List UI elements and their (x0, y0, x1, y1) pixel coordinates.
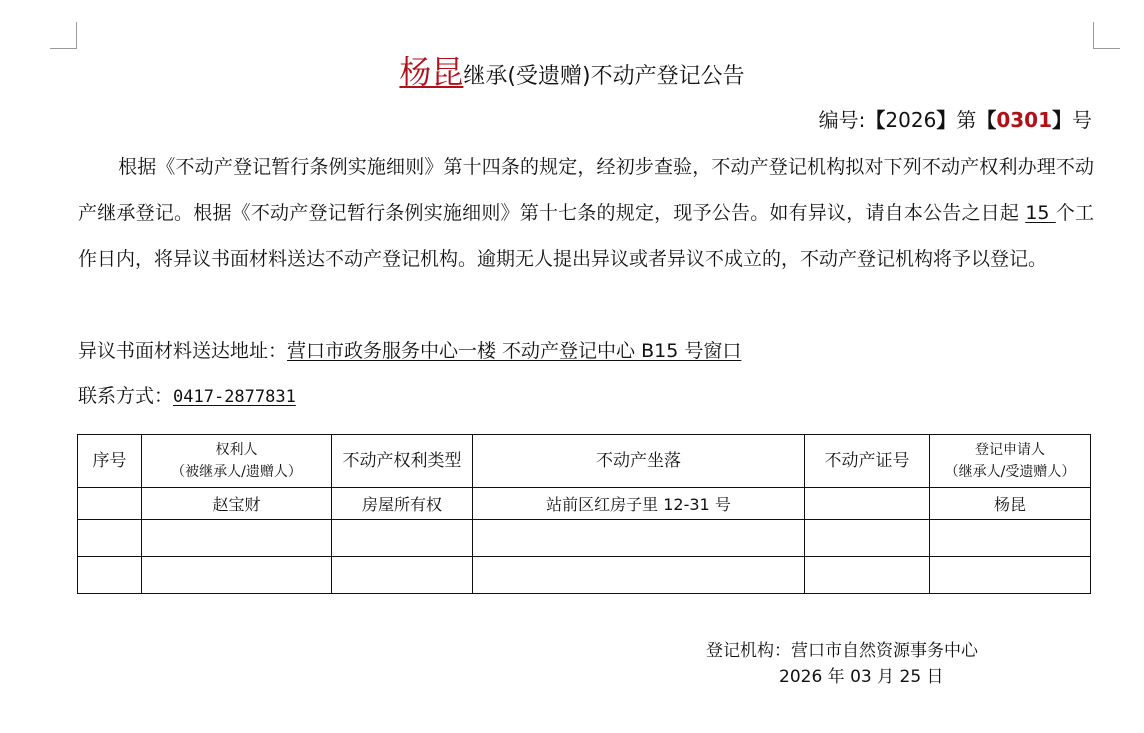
cell-certificate-no (805, 520, 930, 557)
contact-label: 联系方式： (78, 385, 173, 407)
cell-applicant: 杨昆 (930, 488, 1091, 520)
registration-authority: 登记机构：营口市自然资源事务中心 (706, 638, 978, 664)
cell-right-type (332, 557, 473, 594)
cell-certificate-no (805, 488, 930, 520)
table-header-row: 序号 权利人（被继承人/遗赠人） 不动产权利类型 不动产坐落 不动产证号 登记申… (78, 435, 1091, 488)
doc-year: 2026 (885, 108, 936, 132)
header-label: 权利人 (142, 439, 331, 461)
cell-right-holder: 赵宝财 (142, 488, 332, 520)
doc-number-label: 编号: (819, 108, 866, 132)
header-right-holder: 权利人（被继承人/遗赠人） (142, 435, 332, 488)
table-row: 赵宝财 房屋所有权 站前区红房子里 12-31 号 杨昆 (78, 488, 1091, 520)
doc-serial-number: 0301 (996, 108, 1052, 132)
registration-table: 序号 权利人（被继承人/遗赠人） 不动产权利类型 不动产坐落 不动产证号 登记申… (77, 434, 1091, 594)
doc-number-mid: 第 (956, 108, 976, 132)
address-line: 异议书面材料送达地址：营口市政务服务中心一楼 不动产登记中心 B15 号窗口 (78, 336, 741, 366)
cell-location (473, 557, 805, 594)
notice-body-part1: 根据《不动产登记暂行条例实施细则》第十四条的规定，经初步查验，不动产登记机构拟对… (78, 156, 1094, 224)
cell-right-holder (142, 557, 332, 594)
header-label: 不动产证号 (825, 451, 910, 471)
table-row (78, 520, 1091, 557)
table-row (78, 557, 1091, 594)
address-value: 营口市政务服务中心一楼 不动产登记中心 B15 号窗口 (287, 340, 741, 362)
cell-serial (78, 520, 142, 557)
cell-certificate-no (805, 557, 930, 594)
title-applicant-name: 杨昆 (399, 53, 463, 91)
notice-body: 根据《不动产登记暂行条例实施细则》第十四条的规定，经初步查验，不动产登记机构拟对… (78, 144, 1094, 282)
doc-number-suffix: 号 (1072, 108, 1092, 132)
cell-serial (78, 557, 142, 594)
cell-right-type: 房屋所有权 (332, 488, 473, 520)
page-corner-mark-left (50, 22, 77, 49)
cell-location: 站前区红房子里 12-31 号 (473, 488, 805, 520)
header-label: 序号 (93, 451, 127, 471)
notice-date: 2026 年 03 月 25 日 (706, 664, 978, 690)
document-title: 杨昆继承(受遗赠)不动产登记公告 (0, 52, 1144, 97)
header-location: 不动产坐落 (473, 435, 805, 488)
title-text: 继承(受遗赠)不动产登记公告 (463, 64, 744, 89)
header-applicant: 登记申请人（继承人/受遗赠人） (930, 435, 1091, 488)
bracket: 】 (1052, 108, 1072, 132)
header-sublabel: （继承人/受遗赠人） (930, 461, 1090, 483)
contact-phone: 0417-2877831 (173, 387, 296, 407)
address-label: 异议书面材料送达地址： (78, 340, 287, 362)
cell-location (473, 520, 805, 557)
cell-right-holder (142, 520, 332, 557)
cell-right-type (332, 520, 473, 557)
header-label: 不动产坐落 (596, 451, 681, 471)
contact-line: 联系方式：0417-2877831 (78, 381, 296, 412)
header-label: 登记申请人 (930, 439, 1090, 461)
bracket: 】 (936, 108, 956, 132)
document-number: 编号:【2026】第【0301】号 (819, 104, 1092, 136)
page-corner-mark-right (1093, 22, 1120, 49)
objection-days: 15 (1025, 202, 1055, 224)
cell-applicant (930, 557, 1091, 594)
cell-applicant (930, 520, 1091, 557)
header-label: 不动产权利类型 (343, 451, 462, 471)
header-serial: 序号 (78, 435, 142, 488)
bracket: 【 (976, 108, 996, 132)
header-right-type: 不动产权利类型 (332, 435, 473, 488)
header-certificate-no: 不动产证号 (805, 435, 930, 488)
bracket: 【 (865, 108, 885, 132)
cell-serial (78, 488, 142, 520)
header-sublabel: （被继承人/遗赠人） (142, 461, 331, 483)
signature-block: 登记机构：营口市自然资源事务中心 2026 年 03 月 25 日 (706, 638, 978, 690)
